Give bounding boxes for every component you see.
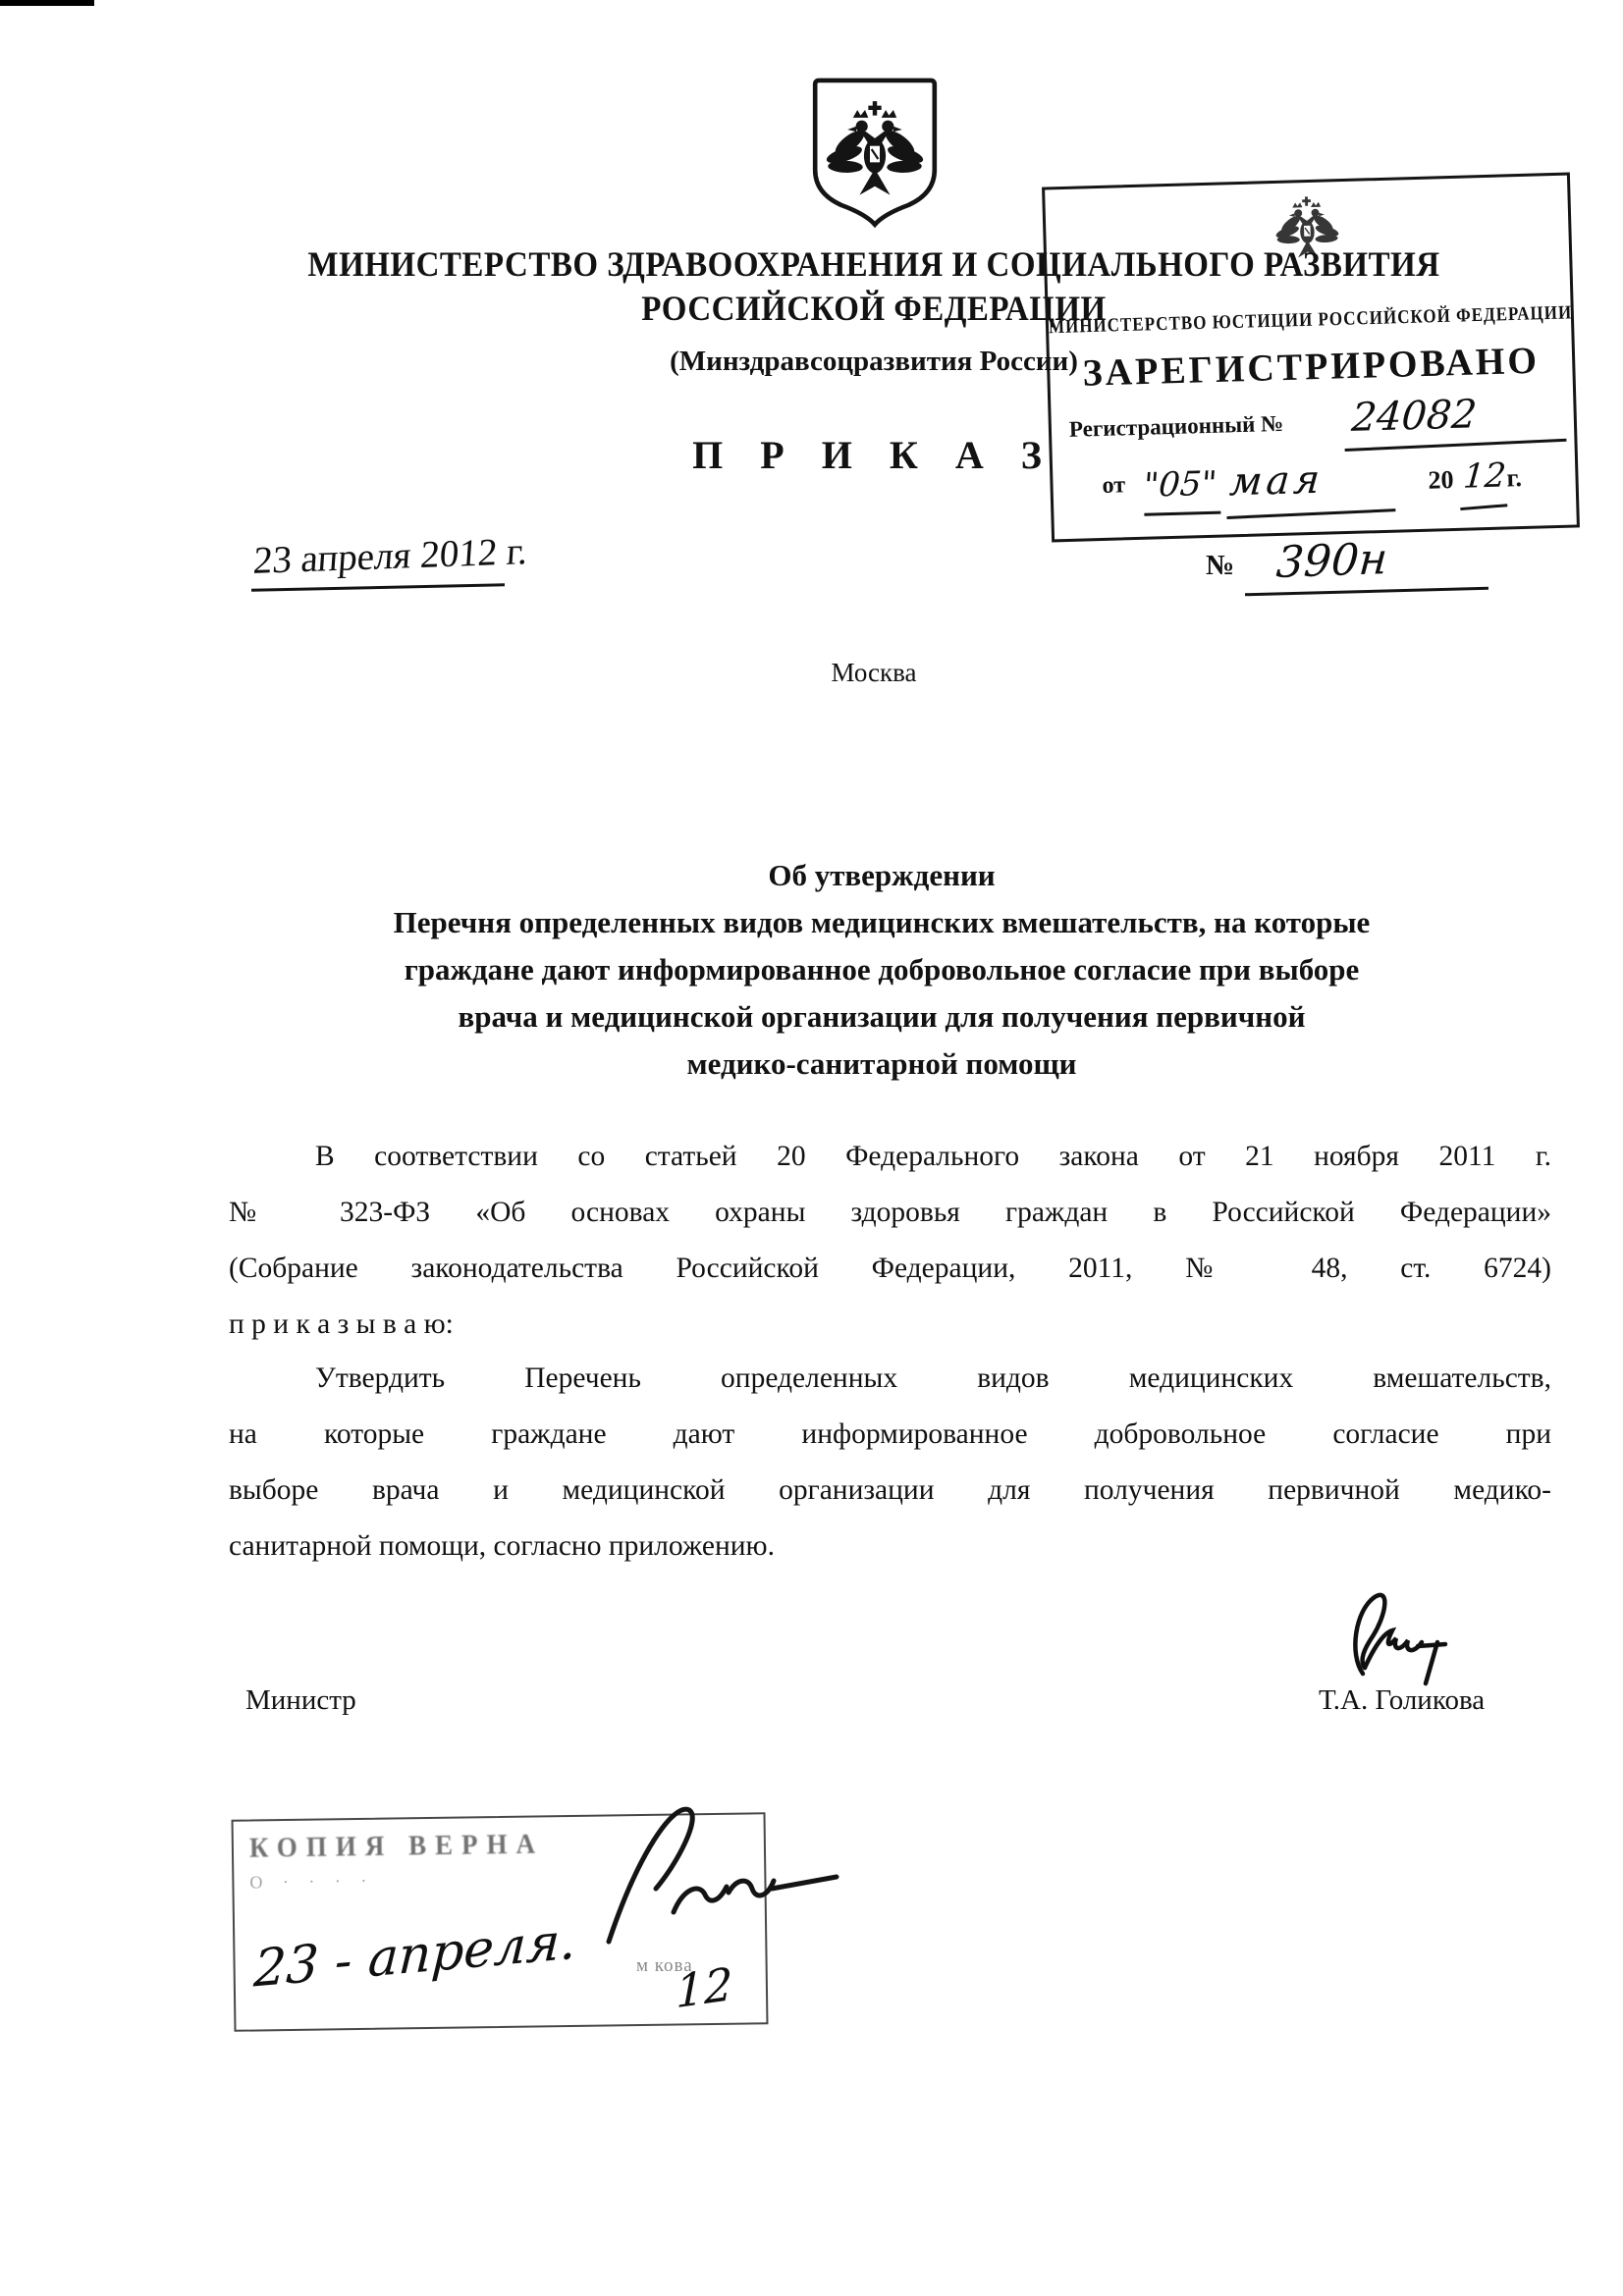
stamp-date-month-handwritten: мая <box>1228 457 1325 506</box>
order-title-line: медико-санитарной помощи <box>229 1046 1535 1094</box>
stamp-authority-line: МИНИСТЕРСТВО ЮСТИЦИИ РОССИЙСКОЙ ФЕДЕРАЦИ… <box>1049 301 1571 339</box>
stamp-date-suffix: г. <box>1506 463 1522 493</box>
paragraph-line: на которые граждане дают информированное… <box>229 1418 1551 1474</box>
paragraph-line: Утвердить Перечень определенных видов ме… <box>229 1362 1551 1418</box>
stamp-date-day-handwritten: "05" <box>1142 464 1218 506</box>
paragraph-line: выборе врача и медицинской организации д… <box>229 1474 1551 1530</box>
stamp-regnumber-underline <box>1345 439 1567 452</box>
order-number-sign: № <box>1206 550 1234 582</box>
stamp-day-underline <box>1144 511 1220 516</box>
stamp-registration-number-label: Регистрационный № <box>1069 411 1284 443</box>
paragraph-line: санитарной помощи, согласно приложению. <box>229 1530 1551 1586</box>
copy-stamp-subtitle: О · · · · <box>249 1871 374 1894</box>
scanned-document-page: { "document": { "emblem": "russian-coat-… <box>0 0 1623 2296</box>
order-title: Об утверждении Перечня определенных видо… <box>229 858 1535 1094</box>
stamp-registration-number-handwritten: 24082 <box>1350 392 1479 441</box>
body-paragraph-resolution: Утвердить Перечень определенных видов ме… <box>229 1362 1551 1586</box>
order-date-rest: 2012 г. <box>409 530 529 576</box>
signer-position-label: Министр <box>245 1684 356 1717</box>
stamp-registered-label: ЗАРЕГИСТРИРОВАНО <box>1050 338 1573 397</box>
minister-signature-autograph <box>1335 1585 1463 1693</box>
scan-artifact <box>0 0 94 6</box>
copy-stamp-title: КОПИЯ ВЕРНА <box>249 1829 545 1865</box>
order-date-underlined-part: 23 апреля <box>252 534 413 582</box>
order-number-handwritten: 390н <box>1274 534 1388 588</box>
stamp-date-prefix: от <box>1102 472 1125 500</box>
order-title-line: врача и медицинской организации для полу… <box>229 999 1535 1046</box>
city-label: Москва <box>177 658 1571 688</box>
paragraph-line: (Собрание законодательства Российской Фе… <box>229 1253 1551 1308</box>
stamp-month-underline <box>1226 508 1395 519</box>
stamp-year-printed: 20 <box>1428 465 1454 496</box>
paragraph-line: № 323-ФЗ «Об основах охраны здоровья гра… <box>229 1197 1551 1253</box>
body-paragraph-legal-basis: В соответствии со статьей 20 Федеральног… <box>229 1141 1551 1364</box>
paragraph-line: В соответствии со статьей 20 Федеральног… <box>229 1141 1551 1197</box>
order-date-underline <box>251 583 505 591</box>
justice-registration-stamp: МИНИСТЕРСТВО ЮСТИЦИИ РОССИЙСКОЙ ФЕДЕРАЦИ… <box>1042 173 1580 543</box>
russian-coat-of-arms-icon <box>809 77 941 230</box>
clerk-signature-autograph <box>579 1794 903 1966</box>
order-number-underline <box>1245 587 1488 596</box>
stamp-eagle-icon <box>1259 191 1355 265</box>
order-date-handwritten: 23 апреля 2012 г. <box>252 529 529 583</box>
order-title-line: Об утверждении <box>229 858 1535 905</box>
stamp-year-underline <box>1460 504 1507 510</box>
stamp-year-handwritten: 12 <box>1462 455 1507 496</box>
order-title-line: граждане дают информированное добровольн… <box>229 952 1535 999</box>
copy-stamp-handwritten-year: 12 <box>676 1957 732 2019</box>
order-title-line: Перечня определенных видов медицинских в… <box>229 905 1535 952</box>
signer-name: Т.А. Голикова <box>1319 1684 1485 1717</box>
paragraph-line-prikazyvayu: п р и к а з ы в а ю: <box>229 1308 1551 1364</box>
